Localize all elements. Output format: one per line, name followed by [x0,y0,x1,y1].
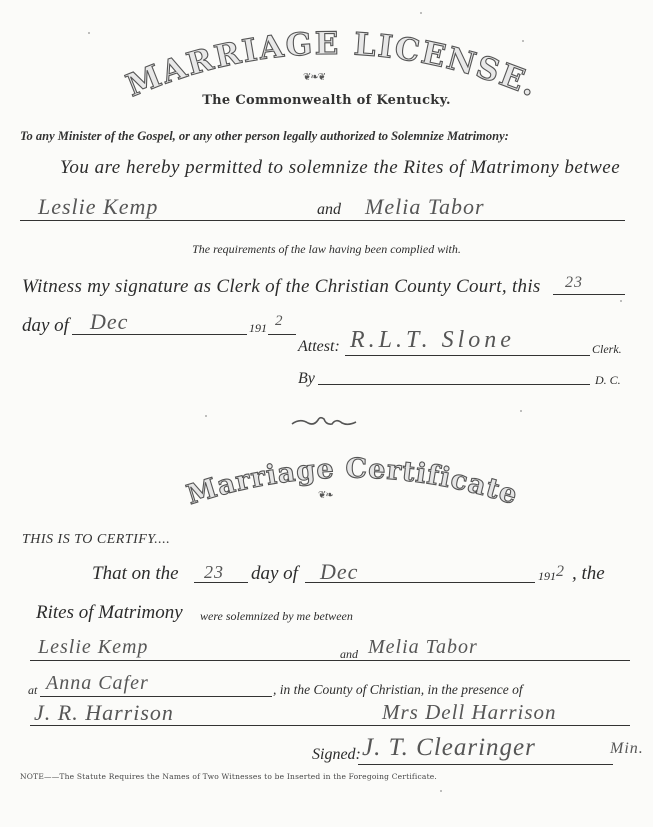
certificate-county-line: , in the County of Christian, in the pre… [273,682,523,698]
certificate-month: Dec [320,559,358,585]
license-year-prefix: 191 [249,321,267,336]
marriage-document: MARRIAGE LICENSE. ❦❧❦ The Commonwealth o… [0,0,653,827]
certificate-witness-2: Mrs Dell Harrison [382,700,557,725]
license-year-suffix: 2 [275,313,284,330]
license-permission-line: You are hereby permitted to solemnize th… [60,157,620,179]
certificate-solemnized-label: were solemnized by me between [200,609,353,624]
scan-speck [620,300,622,302]
certificate-at-label: at [28,683,37,698]
certificate-place-rule [40,696,272,697]
license-and-label: and [317,201,341,219]
certificate-place: Anna Cafer [46,672,149,695]
certificate-names-rule [30,660,630,661]
certificate-the-label: , the [572,563,605,585]
license-address-line: To any Minister of the Gospel, or any ot… [20,129,509,144]
license-requirements-line: The requirements of the law having been … [0,242,653,257]
scan-speck [520,410,522,412]
license-day-of-label: day of [22,315,69,337]
license-witness-line: Witness my signature as Clerk of the Chr… [22,276,541,298]
scan-speck [205,415,207,417]
certificate-groom-name: Leslie Kemp [38,636,148,659]
license-clerk-label: Clerk. [592,342,622,357]
license-by-label: By [298,370,315,388]
scan-speck [88,32,90,34]
certificate-day: 23 [204,562,224,583]
certificate-statute-note: NOTE——The Statute Requires the Names of … [20,772,437,781]
license-groom-name: Leslie Kemp [38,194,158,220]
license-dc-label: D. C. [595,373,621,388]
license-bride-name: Melia Tabor [365,194,485,220]
certificate-officiant-signature: J. T. Clearinger [362,734,536,762]
license-by-rule [318,384,590,385]
scan-speck [440,790,442,792]
license-witness-day: 23 [565,274,583,292]
certificate-flourish-icon: ❦❧ [318,490,333,501]
license-names-rule [20,220,625,221]
certificate-bride-name: Melia Tabor [368,636,478,659]
certificate-that-on-label: That on the [92,563,179,585]
license-attest-label: Attest: [298,338,340,356]
license-clerk-signature: R.L.T. Slone [350,327,515,354]
certificate-day-of-label: day of [251,563,298,585]
license-month: Dec [90,309,128,335]
certificate-signed-label: Signed: [312,746,361,764]
certificate-and-label: and [340,647,358,662]
scan-speck [522,40,524,42]
certificate-signed-rule [358,764,613,765]
license-day-rule [553,294,625,295]
certificate-certify-line: THIS IS TO CERTIFY.... [22,532,170,548]
certificate-officiant-title: Min. [610,740,644,758]
scan-speck [420,12,422,14]
section-divider-flourish-icon [290,414,360,430]
certificate-year-prefix: 191 [538,569,556,584]
certificate-title-text: Marriage Certificate [183,453,522,510]
license-flourish-icon: ❦❧❦ [303,72,325,83]
certificate-witness-1: J. R. Harrison [34,700,174,726]
certificate-year-suffix: 2 [556,563,565,581]
certificate-rites-label: Rites of Matrimony [36,602,183,624]
license-subtitle: The Commonwealth of Kentucky. [0,93,653,108]
license-attest-rule [345,355,590,356]
license-year-rule [268,334,296,335]
